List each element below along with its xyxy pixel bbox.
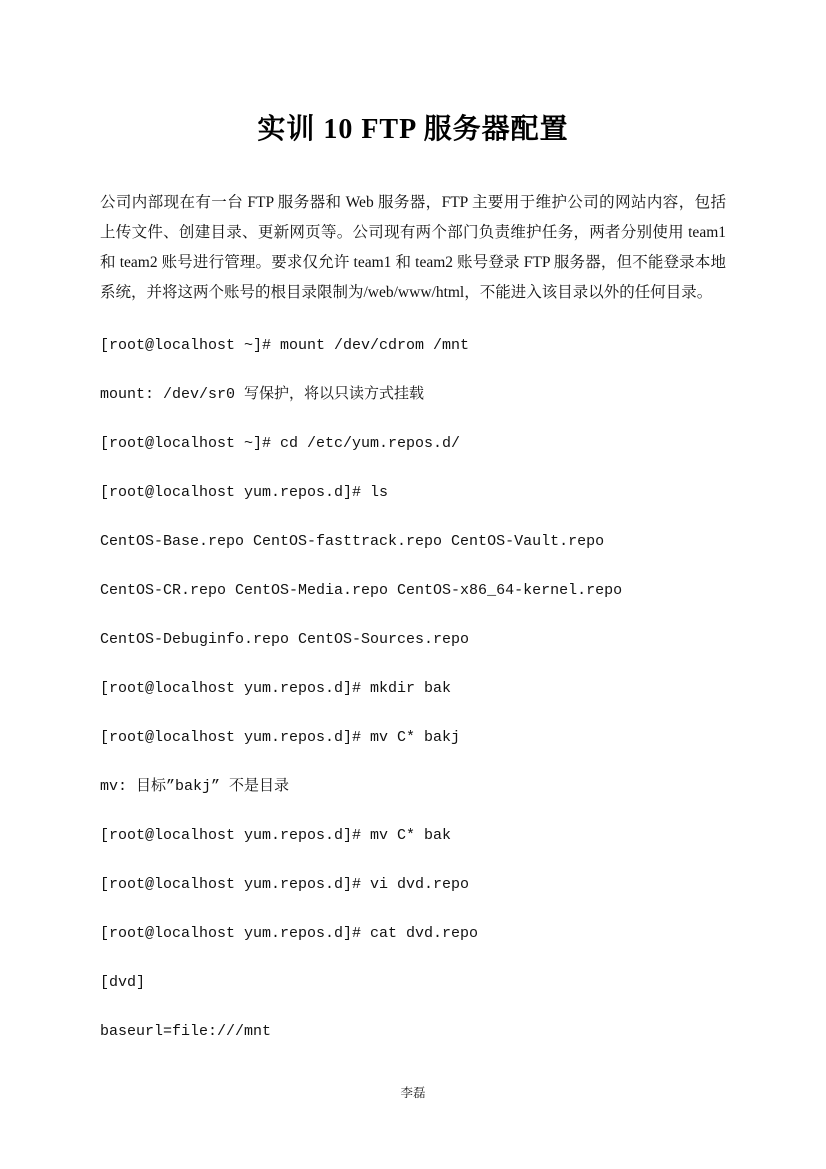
terminal-line: [root@localhost yum.repos.d]# vi dvd.rep…	[100, 876, 740, 894]
document-page: 实训 10 FTP 服务器配置 公司内部现在有一台 FTP 服务器和 Web 服…	[0, 0, 826, 1169]
terminal-line: [root@localhost yum.repos.d]# mkdir bak	[100, 680, 740, 698]
intro-paragraph: 公司内部现在有一台 FTP 服务器和 Web 服务器，FTP 主要用于维护公司的…	[100, 188, 726, 308]
document-title: 实训 10 FTP 服务器配置	[0, 112, 826, 148]
terminal-line: CentOS-Base.repo CentOS-fasttrack.repo C…	[100, 533, 740, 551]
terminal-line: [dvd]	[100, 974, 740, 992]
terminal-line: [root@localhost yum.repos.d]# mv C* bakj	[100, 729, 740, 747]
terminal-transcript: [root@localhost ~]# mount /dev/cdrom /mn…	[100, 337, 740, 1041]
terminal-line: mount: /dev/sr0 写保护，将以只读方式挂载	[100, 386, 740, 404]
terminal-line: mv: 目标”bakj” 不是目录	[100, 778, 740, 796]
terminal-line: CentOS-CR.repo CentOS-Media.repo CentOS-…	[100, 582, 740, 600]
terminal-line: [root@localhost yum.repos.d]# cat dvd.re…	[100, 925, 740, 943]
terminal-line: [root@localhost ~]# cd /etc/yum.repos.d/	[100, 435, 740, 453]
terminal-line: [root@localhost yum.repos.d]# mv C* bak	[100, 827, 740, 845]
terminal-line: [root@localhost ~]# mount /dev/cdrom /mn…	[100, 337, 740, 355]
terminal-line: CentOS-Debuginfo.repo CentOS-Sources.rep…	[100, 631, 740, 649]
terminal-line: baseurl=file:///mnt	[100, 1023, 740, 1041]
footer-author: 李磊	[0, 1083, 826, 1101]
terminal-line: [root@localhost yum.repos.d]# ls	[100, 484, 740, 502]
